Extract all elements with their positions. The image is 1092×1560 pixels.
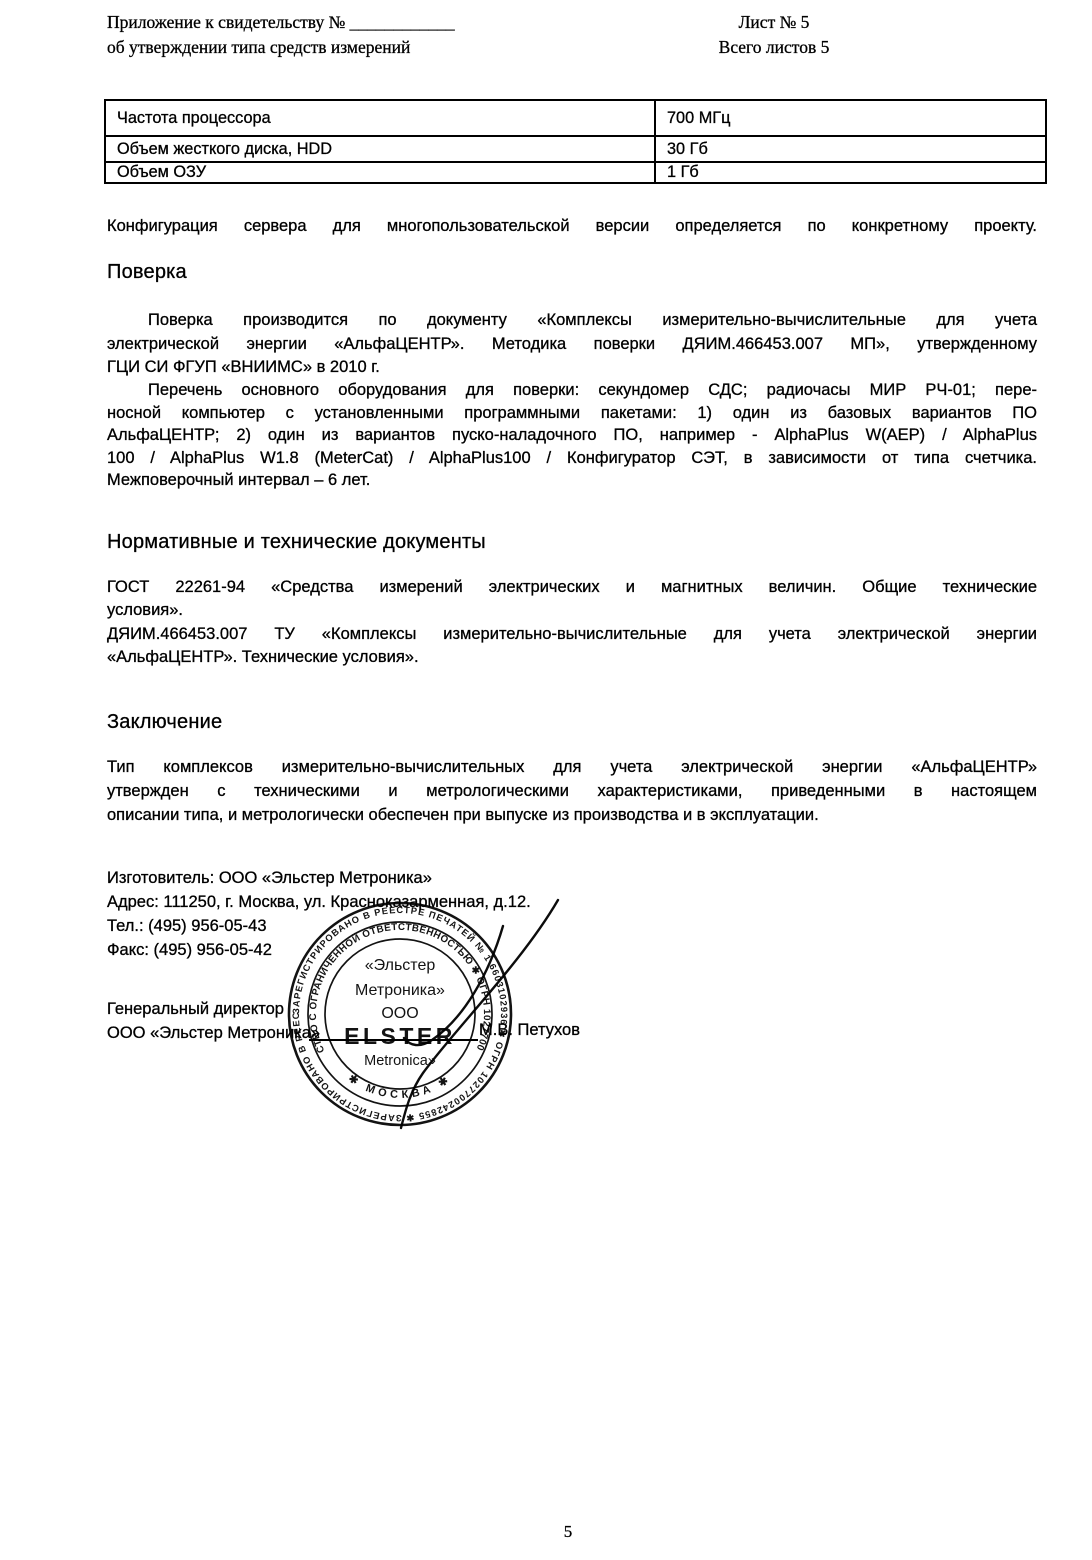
table-row: Объем ОЗУ 1 Гб (105, 162, 1046, 183)
header-right: Лист № 5 Всего листов 5 (686, 10, 862, 60)
signer-name: М.В. Петухов (479, 1021, 580, 1040)
signatory-title-line-1: Генеральный директор (107, 997, 320, 1021)
param-cell: Частота процессора (105, 100, 655, 136)
seal-center-line-2: Метроника» (355, 982, 445, 999)
spec-table: Частота процессора 700 МГц Объем жестког… (104, 99, 1047, 184)
param-cell: Объем жесткого диска, HDD (105, 136, 655, 162)
signature-line (309, 1039, 478, 1041)
signatory-title-block: Генеральный директор ООО «Эльстер Метрон… (107, 997, 320, 1045)
appendix-line-1: Приложение к свидетельству № ___________… (107, 10, 455, 35)
paragraph-line: электрической энергии «АльфаЦЕНТР». Мето… (107, 335, 1037, 359)
conclusion-paragraph: Тип комплексов измерительно-вычислительн… (107, 758, 1037, 830)
paragraph-line: «АльфаЦЕНТР». Технические условия». (107, 648, 1037, 671)
paragraph-line: условия». (107, 601, 1037, 624)
section-title-normative-docs: Нормативные и технические документы (107, 531, 486, 554)
paragraph-line: Межповерочный интервал – 6 лет. (107, 471, 1037, 494)
appendix-line-2: об утверждении типа средств измерений (107, 35, 455, 60)
page-number: 5 (538, 1522, 598, 1542)
paragraph-line: 100 / AlphaPlus W1.8 (MeterCat) / AlphaP… (107, 449, 1037, 472)
seal-center-line-3: ООО (381, 1005, 418, 1022)
config-note: Конфигурация сервера для многопользовате… (107, 217, 1037, 236)
paragraph-line: Конфигурация сервера для многопользовате… (107, 217, 1037, 236)
value-cell: 30 Гб (655, 136, 1046, 162)
table-row: Объем жесткого диска, HDD 30 Гб (105, 136, 1046, 162)
manufacturer-fax: Факс: (495) 956-05-42 (107, 938, 531, 962)
paragraph-line: ДЯИМ.466453.007 ТУ «Комплексы измеритель… (107, 625, 1037, 648)
sheets-total: Всего листов 5 (686, 35, 862, 60)
paragraph-line: Перечень основного оборудования для пове… (107, 381, 1037, 404)
paragraph-line: ГЦИ СИ ФГУП «ВНИИМС» в 2010 г. (107, 358, 1037, 382)
manufacturer-block: Изготовитель: ООО «Эльстер Метроника» Ад… (107, 866, 531, 962)
paragraph-line: описании типа, и метрологически обеспече… (107, 806, 1037, 830)
verification-paragraph-2: Перечень основного оборудования для пове… (107, 381, 1037, 494)
section-title-verification: Поверка (107, 261, 187, 284)
header-left: Приложение к свидетельству № ___________… (107, 10, 455, 60)
paragraph-line: АльфаЦЕНТР; 2) один из вариантов пуско-н… (107, 426, 1037, 449)
section-title-conclusion: Заключение (107, 711, 222, 734)
verification-paragraph-1: Поверка производится по документу «Компл… (107, 311, 1037, 382)
paragraph-line: носной компьютер с установленными програ… (107, 404, 1037, 427)
appendix-text: Приложение к свидетельству № (107, 12, 345, 32)
seal-inner-ring-bottom-text: ✱ МОСКВА ✱ (346, 1073, 454, 1102)
normative-docs-paragraph: ГОСТ 22261-94 «Средства измерений электр… (107, 578, 1037, 672)
seal-center-line-5: Metronica» (364, 1053, 436, 1069)
sheet-number: Лист № 5 (686, 10, 862, 35)
signatory-title-line-2: ООО «Эльстер Метроника» (107, 1021, 320, 1045)
value-cell: 700 МГц (655, 100, 1046, 136)
elster-logo-text: ELSTER (344, 1023, 456, 1049)
table-row: Частота процессора 700 МГц (105, 100, 1046, 136)
manufacturer-phone: Тел.: (495) 956-05-43 (107, 914, 531, 938)
manufacturer-name: Изготовитель: ООО «Эльстер Метроника» (107, 866, 531, 890)
value-cell: 1 Гб (655, 162, 1046, 183)
paragraph-line: Поверка производится по документу «Компл… (107, 311, 1037, 335)
param-cell: Объем ОЗУ (105, 162, 655, 183)
paragraph-line: Тип комплексов измерительно-вычислительн… (107, 758, 1037, 782)
paragraph-line: утвержден с техническими и метрологическ… (107, 782, 1037, 806)
document-page: Приложение к свидетельству № ___________… (0, 0, 1092, 1560)
certificate-number-blank: ____________ (350, 12, 455, 32)
paragraph-line: ГОСТ 22261-94 «Средства измерений электр… (107, 578, 1037, 601)
manufacturer-address: Адрес: 111250, г. Москва, ул. Красноказа… (107, 890, 531, 914)
